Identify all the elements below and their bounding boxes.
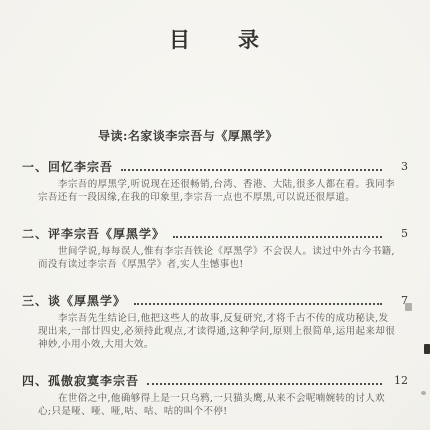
toc-entry-description: 李宗吾先生结论曰,他把这些人的故事,反复研究,才将千古不传的成功秘诀,发现出来,… bbox=[38, 312, 398, 351]
dotted-leader bbox=[121, 169, 382, 171]
toc-entry: 四、孤傲寂寞李宗吾 12 在世俗之中,他确够得上是一只乌鸦,一只猫头鹰,从来不会… bbox=[22, 373, 408, 418]
toc-lead-in: 导读:名家谈李宗吾与《厚黑学》 bbox=[98, 128, 408, 144]
toc-page-number: 12 bbox=[388, 373, 408, 389]
toc-entry-row: 二、评李宗吾《厚黑学》 5 bbox=[22, 226, 408, 242]
toc-page-number: 3 bbox=[388, 159, 408, 175]
scanned-toc-page: 目 录 导读:名家谈李宗吾与《厚黑学》 一、回忆李宗吾 3 李宗吾的厚黑学,听说… bbox=[0, 0, 430, 430]
toc-entry-description: 李宗吾的厚黑学,听说现在还很畅销,台湾、香港、大陆,很多人都在看。我同李宗吾还有… bbox=[38, 178, 398, 204]
toc-entry-title: 四、孤傲寂寞李宗吾 bbox=[22, 373, 139, 389]
toc-entry-title: 三、谈《厚黑学》 bbox=[22, 293, 126, 309]
dotted-leader bbox=[134, 303, 382, 305]
toc-entry-description: 世间学说,每每误人,惟有李宗吾铁论《厚黑学》不会误人。读过中外古今书籍,而没有读… bbox=[38, 245, 398, 271]
toc-page-number: 5 bbox=[388, 226, 408, 242]
toc-entry: 一、回忆李宗吾 3 李宗吾的厚黑学,听说现在还很畅销,台湾、香港、大陆,很多人都… bbox=[22, 159, 408, 204]
toc-entry-row: 四、孤傲寂寞李宗吾 12 bbox=[22, 373, 408, 389]
dotted-leader bbox=[147, 383, 382, 385]
scan-artifact bbox=[421, 391, 426, 395]
dotted-leader bbox=[173, 236, 382, 238]
scan-artifact bbox=[424, 344, 430, 354]
toc-list: 一、回忆李宗吾 3 李宗吾的厚黑学,听说现在还很畅销,台湾、香港、大陆,很多人都… bbox=[22, 159, 408, 418]
scan-artifact bbox=[405, 303, 412, 311]
page-title: 目 录 bbox=[22, 26, 408, 54]
toc-entry: 三、谈《厚黑学》 7 李宗吾先生结论曰,他把这些人的故事,反复研究,才将千古不传… bbox=[22, 293, 408, 351]
toc-entry-row: 一、回忆李宗吾 3 bbox=[22, 159, 408, 175]
toc-entry-row: 三、谈《厚黑学》 7 bbox=[22, 293, 408, 309]
toc-entry-title: 一、回忆李宗吾 bbox=[22, 159, 113, 175]
toc-entry: 二、评李宗吾《厚黑学》 5 世间学说,每每误人,惟有李宗吾铁论《厚黑学》不会误人… bbox=[22, 226, 408, 271]
page-content: 目 录 导读:名家谈李宗吾与《厚黑学》 一、回忆李宗吾 3 李宗吾的厚黑学,听说… bbox=[0, 0, 430, 418]
toc-entry-title: 二、评李宗吾《厚黑学》 bbox=[22, 226, 165, 242]
toc-entry-description: 在世俗之中,他确够得上是一只乌鸦,一只猫头鹰,从来不会呢喃婉转的讨人欢心;只是哑… bbox=[38, 392, 398, 418]
